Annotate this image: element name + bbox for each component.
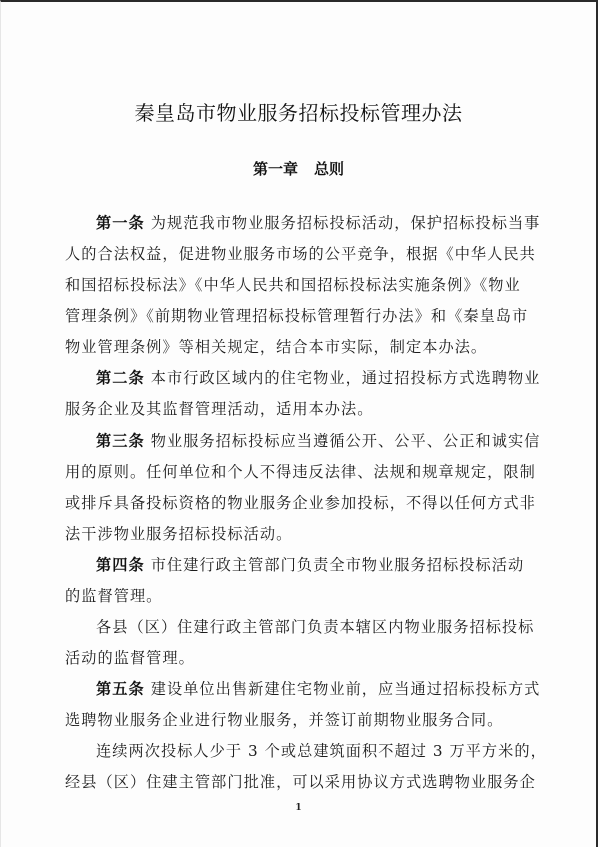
text-line: 第四条市住建行政主管部门负责全市物业服务招标投标活动 (96, 553, 574, 577)
document-title: 秦皇岛市物业服务招标投标管理办法 (1, 97, 596, 126)
text-line: 人的合法权益，促进物业服务市场的公平竞争，根据《中华人民共 (65, 242, 543, 266)
text-line: 各县（区）住建行政主管部门负责本辖区内物业服务招标投标 (96, 615, 574, 639)
chapter-number: 第一章 (253, 160, 298, 178)
text-line: 物业管理条例》等相关规定，结合本市实际，制定本办法。 (65, 335, 543, 359)
page-number: 1 (1, 803, 596, 813)
text-line: 第三条物业服务招标投标应当遵循公开、公平、公正和诚实信 (96, 429, 574, 453)
line-text: 本市行政区域内的住宅物业，通过招投标方式选聘物业 (151, 369, 541, 387)
article-label: 第一条 (96, 214, 145, 232)
text-line: 经县（区）住建主管部门批准，可以采用协议方式选聘物业服务企 (65, 770, 543, 794)
text-line: 第一条为规范我市物业服务招标投标活动，保护招标投标当事 (96, 211, 574, 235)
text-line: 第二条本市行政区域内的住宅物业，通过招投标方式选聘物业 (96, 366, 574, 390)
line-text: 物业服务招标投标应当遵循公开、公平、公正和诚实信 (151, 432, 541, 450)
text-line: 或排斥具备投标资格的物业服务企业参加投标，不得以任何方式非 (65, 491, 543, 515)
article-label: 第四条 (96, 556, 145, 574)
text-line: 连续两次投标人少于 3 个或总建筑面积不超过 3 万平方米的， (96, 739, 574, 763)
text-line: 管理条例》《前期物业管理招标投标管理暂行办法》和《秦皇岛市 (65, 304, 543, 328)
article-label: 第三条 (96, 432, 145, 450)
text-line: 用的原则。任何单位和个人不得违反法律、法规和规章规定，限制 (65, 460, 543, 484)
text-line: 和国招标投标法》《中华人民共和国招标投标法实施条例》《物业 (65, 273, 543, 297)
chapter-heading: 第一章总则 (1, 158, 596, 179)
document-page: 秦皇岛市物业服务招标投标管理办法 第一章总则 第一条为规范我市物业服务招标投标活… (0, 0, 598, 847)
article-label: 第二条 (96, 369, 145, 387)
text-line: 的监督管理。 (65, 584, 543, 608)
line-text: 建设单位出售新建住宅物业前，应当通过招标投标方式 (151, 680, 541, 698)
text-line: 服务企业及其监督管理活动，适用本办法。 (65, 397, 543, 421)
text-line: 第五条建设单位出售新建住宅物业前，应当通过招标投标方式 (96, 677, 574, 701)
text-line: 选聘物业服务企业进行物业服务，并签订前期物业服务合同。 (65, 708, 543, 732)
line-text: 市住建行政主管部门负责全市物业服务招标投标活动 (151, 556, 524, 574)
line-text: 为规范我市物业服务招标投标活动，保护招标投标当事 (151, 214, 541, 232)
chapter-name: 总则 (314, 160, 344, 178)
article-label: 第五条 (96, 680, 145, 698)
text-line: 法干涉物业服务招标投标活动。 (65, 522, 543, 546)
text-line: 活动的监督管理。 (65, 646, 543, 670)
